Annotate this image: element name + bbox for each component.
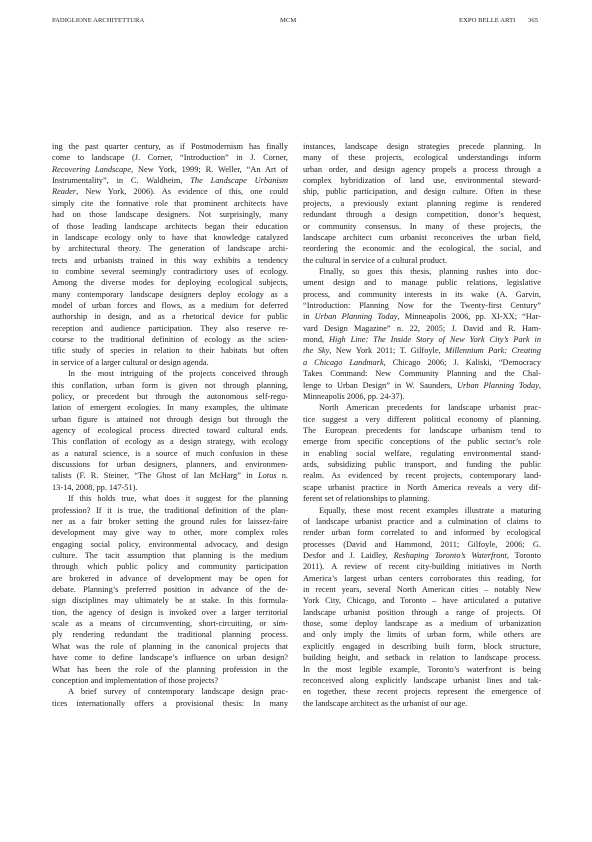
text-line: profession? If it is true, the tradition… bbox=[52, 505, 288, 516]
text-line: America’s largest urban centers corrobor… bbox=[303, 573, 541, 584]
text-line: development may give way to other, more … bbox=[52, 527, 288, 538]
text-line: of landscape urbanist practice and a cul… bbox=[303, 516, 541, 527]
text-line: through which public policy and communit… bbox=[52, 561, 288, 572]
text-line: as a natural science, is a source of muc… bbox=[52, 448, 288, 459]
text-line: reception and audience participation. Th… bbox=[52, 323, 288, 334]
text-line: Reader, New York, 2006). As evidence of … bbox=[52, 186, 288, 197]
text-line: simply cite the formative role that prom… bbox=[52, 198, 288, 209]
text-line: If this holds true, what does it suggest… bbox=[52, 493, 288, 504]
text-line: come to landscape (J. Corner, “Introduct… bbox=[52, 152, 288, 163]
text-line: authorship in design, and as a rhetorica… bbox=[52, 311, 288, 322]
text-line: complex hybridization of land use, envir… bbox=[303, 175, 541, 186]
text-line: in service of a larger cultural or desig… bbox=[52, 357, 288, 368]
text-line: tects and urbanists trained in this way … bbox=[52, 255, 288, 266]
text-line: agency of ecological process directed to… bbox=[52, 425, 288, 436]
header-section-title: PADIGLIONE ARCHITETTURA bbox=[52, 17, 144, 24]
text-line: What was the role of planning in the can… bbox=[52, 641, 288, 652]
text-line: talists (F. R. Steiner, “The Ghost of Ia… bbox=[52, 470, 288, 481]
text-line: projects, a previously extant planning r… bbox=[303, 198, 541, 209]
page-number: 365 bbox=[528, 17, 538, 24]
text-line: lation of emergent ecologies. In many ex… bbox=[52, 402, 288, 413]
text-line: have come to define landscape’s influenc… bbox=[52, 652, 288, 663]
text-line: process, and community interests in its … bbox=[303, 289, 541, 300]
text-line: explicitly engaged in describing built f… bbox=[303, 641, 541, 652]
text-line: 13-14, 2008, pp. 147-51). bbox=[52, 482, 288, 493]
text-line: urban order, and design agency propels a… bbox=[303, 164, 541, 175]
text-line: had on those landscape designers. Not su… bbox=[52, 209, 288, 220]
text-line: ards, subsidizing public transport, and … bbox=[303, 459, 541, 470]
text-line: or community consensus. In many of these… bbox=[303, 221, 541, 232]
text-line: The European precedents for landscape ur… bbox=[303, 425, 541, 436]
text-line: building height, and setback in relation… bbox=[303, 652, 541, 663]
text-line: realm. As evidenced by recent projects, … bbox=[303, 470, 541, 481]
text-line: culture. The tacit assumption that plann… bbox=[52, 550, 288, 561]
text-line: and only imply the limits of urban form,… bbox=[303, 629, 541, 640]
text-line: in recent years, several North American … bbox=[303, 584, 541, 595]
text-line: lenge to Urban Design” in W. Saunders, U… bbox=[303, 380, 541, 391]
text-line: Finally, so goes this thesis, planning r… bbox=[303, 266, 541, 277]
text-line: conception and implementation of those p… bbox=[52, 675, 288, 686]
text-line: sign disciplines may ultimately be at st… bbox=[52, 595, 288, 606]
text-line: York City, Chicago, and Toronto – have a… bbox=[303, 595, 541, 606]
text-line: the landscape architect as the urbanist … bbox=[303, 698, 541, 709]
text-line: tion, the agency of design is invoked ov… bbox=[52, 607, 288, 618]
text-line: Among the diverse modes for deploying ec… bbox=[52, 277, 288, 288]
text-line: tice suggest a very different political … bbox=[303, 414, 541, 425]
text-column-right: instances, landscape design strategies p… bbox=[303, 141, 541, 709]
text-line: en together, these recent projects repre… bbox=[303, 686, 541, 697]
text-line: reconceived along explicitly landscape u… bbox=[303, 675, 541, 686]
text-line: ner as a fair broker setting the ground … bbox=[52, 516, 288, 527]
text-line: redundant through a design competition, … bbox=[303, 209, 541, 220]
text-line: in enabling social welfare, regulating e… bbox=[303, 448, 541, 459]
text-line: scape urbanist practice in North America… bbox=[303, 482, 541, 493]
text-line: “Introduction: Planning Now for the Twen… bbox=[303, 300, 541, 311]
text-line: emerge from specific conceptions of the … bbox=[303, 436, 541, 447]
text-line: ferent set of relationships to planning. bbox=[303, 493, 541, 504]
text-line: 2011). A review of recent city-building … bbox=[303, 561, 541, 572]
text-line: course to the traditional definition of … bbox=[52, 334, 288, 345]
text-line: processes (David and Hammond, 2011; Gilf… bbox=[303, 539, 541, 550]
text-line: this conflation, urban form is given not… bbox=[52, 380, 288, 391]
text-line: many of these projects, ecological under… bbox=[303, 152, 541, 163]
text-line: are brokered in advance of development m… bbox=[52, 573, 288, 584]
text-line: Instrumentality”, in C. Waldheim, The La… bbox=[52, 175, 288, 186]
text-line: the cultural in service of a cultural pr… bbox=[303, 255, 541, 266]
text-line: model of urban forces and flows, as a me… bbox=[52, 300, 288, 311]
text-line: In the most legible example, Toronto’s w… bbox=[303, 664, 541, 675]
text-line: by architectural theory. The generation … bbox=[52, 243, 288, 254]
text-line: the Sky, New York 2011; T. Gilfoyle, Mil… bbox=[303, 345, 541, 356]
text-line: urban figure is attained not through des… bbox=[52, 414, 288, 425]
text-line: tific study of species in relation to th… bbox=[52, 345, 288, 356]
text-line: What has been the role of the planning p… bbox=[52, 664, 288, 675]
text-line: engaging social policy, environmental ad… bbox=[52, 539, 288, 550]
text-line: In the most intriguing of the projects c… bbox=[52, 368, 288, 379]
text-line: debate. Planning’s preferred position in… bbox=[52, 584, 288, 595]
text-line: in Urban Planning Today, Minneapolis 200… bbox=[303, 311, 541, 322]
text-line: discussions for urban designers, planner… bbox=[52, 459, 288, 470]
text-line: in landscape ecology only to have that k… bbox=[52, 232, 288, 243]
text-line: ument design and to manage public relati… bbox=[303, 277, 541, 288]
text-line: those, some deploy landscape as a medium… bbox=[303, 618, 541, 629]
text-line: policy, or precedent but through the aut… bbox=[52, 391, 288, 402]
text-line: render urban form correlated to and info… bbox=[303, 527, 541, 538]
text-line: Recovering Landscape, New York, 1999; R.… bbox=[52, 164, 288, 175]
text-line: vard Design Magazine” n. 22, 2005; J. Da… bbox=[303, 323, 541, 334]
text-line: scale as a means of circumventing, short… bbox=[52, 618, 288, 629]
text-line: a Chicago Landmark, Chicago 2006; J. Kal… bbox=[303, 357, 541, 368]
text-line: many contemporary landscape designers de… bbox=[52, 289, 288, 300]
text-line: reordering the economic and the ecologic… bbox=[303, 243, 541, 254]
text-line: landscape urbanist position through a ra… bbox=[303, 607, 541, 618]
text-line: ship, public participation, and design c… bbox=[303, 186, 541, 197]
text-line: Takes Command: New Community Planning an… bbox=[303, 368, 541, 379]
text-line: ing the past quarter century, as if Post… bbox=[52, 141, 288, 152]
header-journal-abbrev: MCM bbox=[280, 17, 296, 24]
text-line: North American precedents for landscape … bbox=[303, 402, 541, 413]
text-line: This conflation of ecology as a design s… bbox=[52, 436, 288, 447]
text-line: mond, High Line: The Inside Story of New… bbox=[303, 334, 541, 345]
text-line: Desfor and J. Laidley, Reshaping Toronto… bbox=[303, 550, 541, 561]
text-line: instances, landscape design strategies p… bbox=[303, 141, 541, 152]
text-line: Equally, these most recent examples illu… bbox=[303, 505, 541, 516]
text-line: ply rendering redundant the traditional … bbox=[52, 629, 288, 640]
header-section-right: EXPO BELLE ARTI bbox=[459, 17, 515, 24]
text-column-left: ing the past quarter century, as if Post… bbox=[52, 141, 288, 709]
text-line: landscape architect cum urbanist reconce… bbox=[303, 232, 541, 243]
text-line: A brief survey of contemporary landscape… bbox=[52, 686, 288, 697]
text-line: tices internationally offers a provision… bbox=[52, 698, 288, 709]
text-line: of those leading landscape architects be… bbox=[52, 221, 288, 232]
text-line: Minneapolis 2006, pp. 24-37). bbox=[303, 391, 541, 402]
text-line: to combine several seemingly contradicto… bbox=[52, 266, 288, 277]
